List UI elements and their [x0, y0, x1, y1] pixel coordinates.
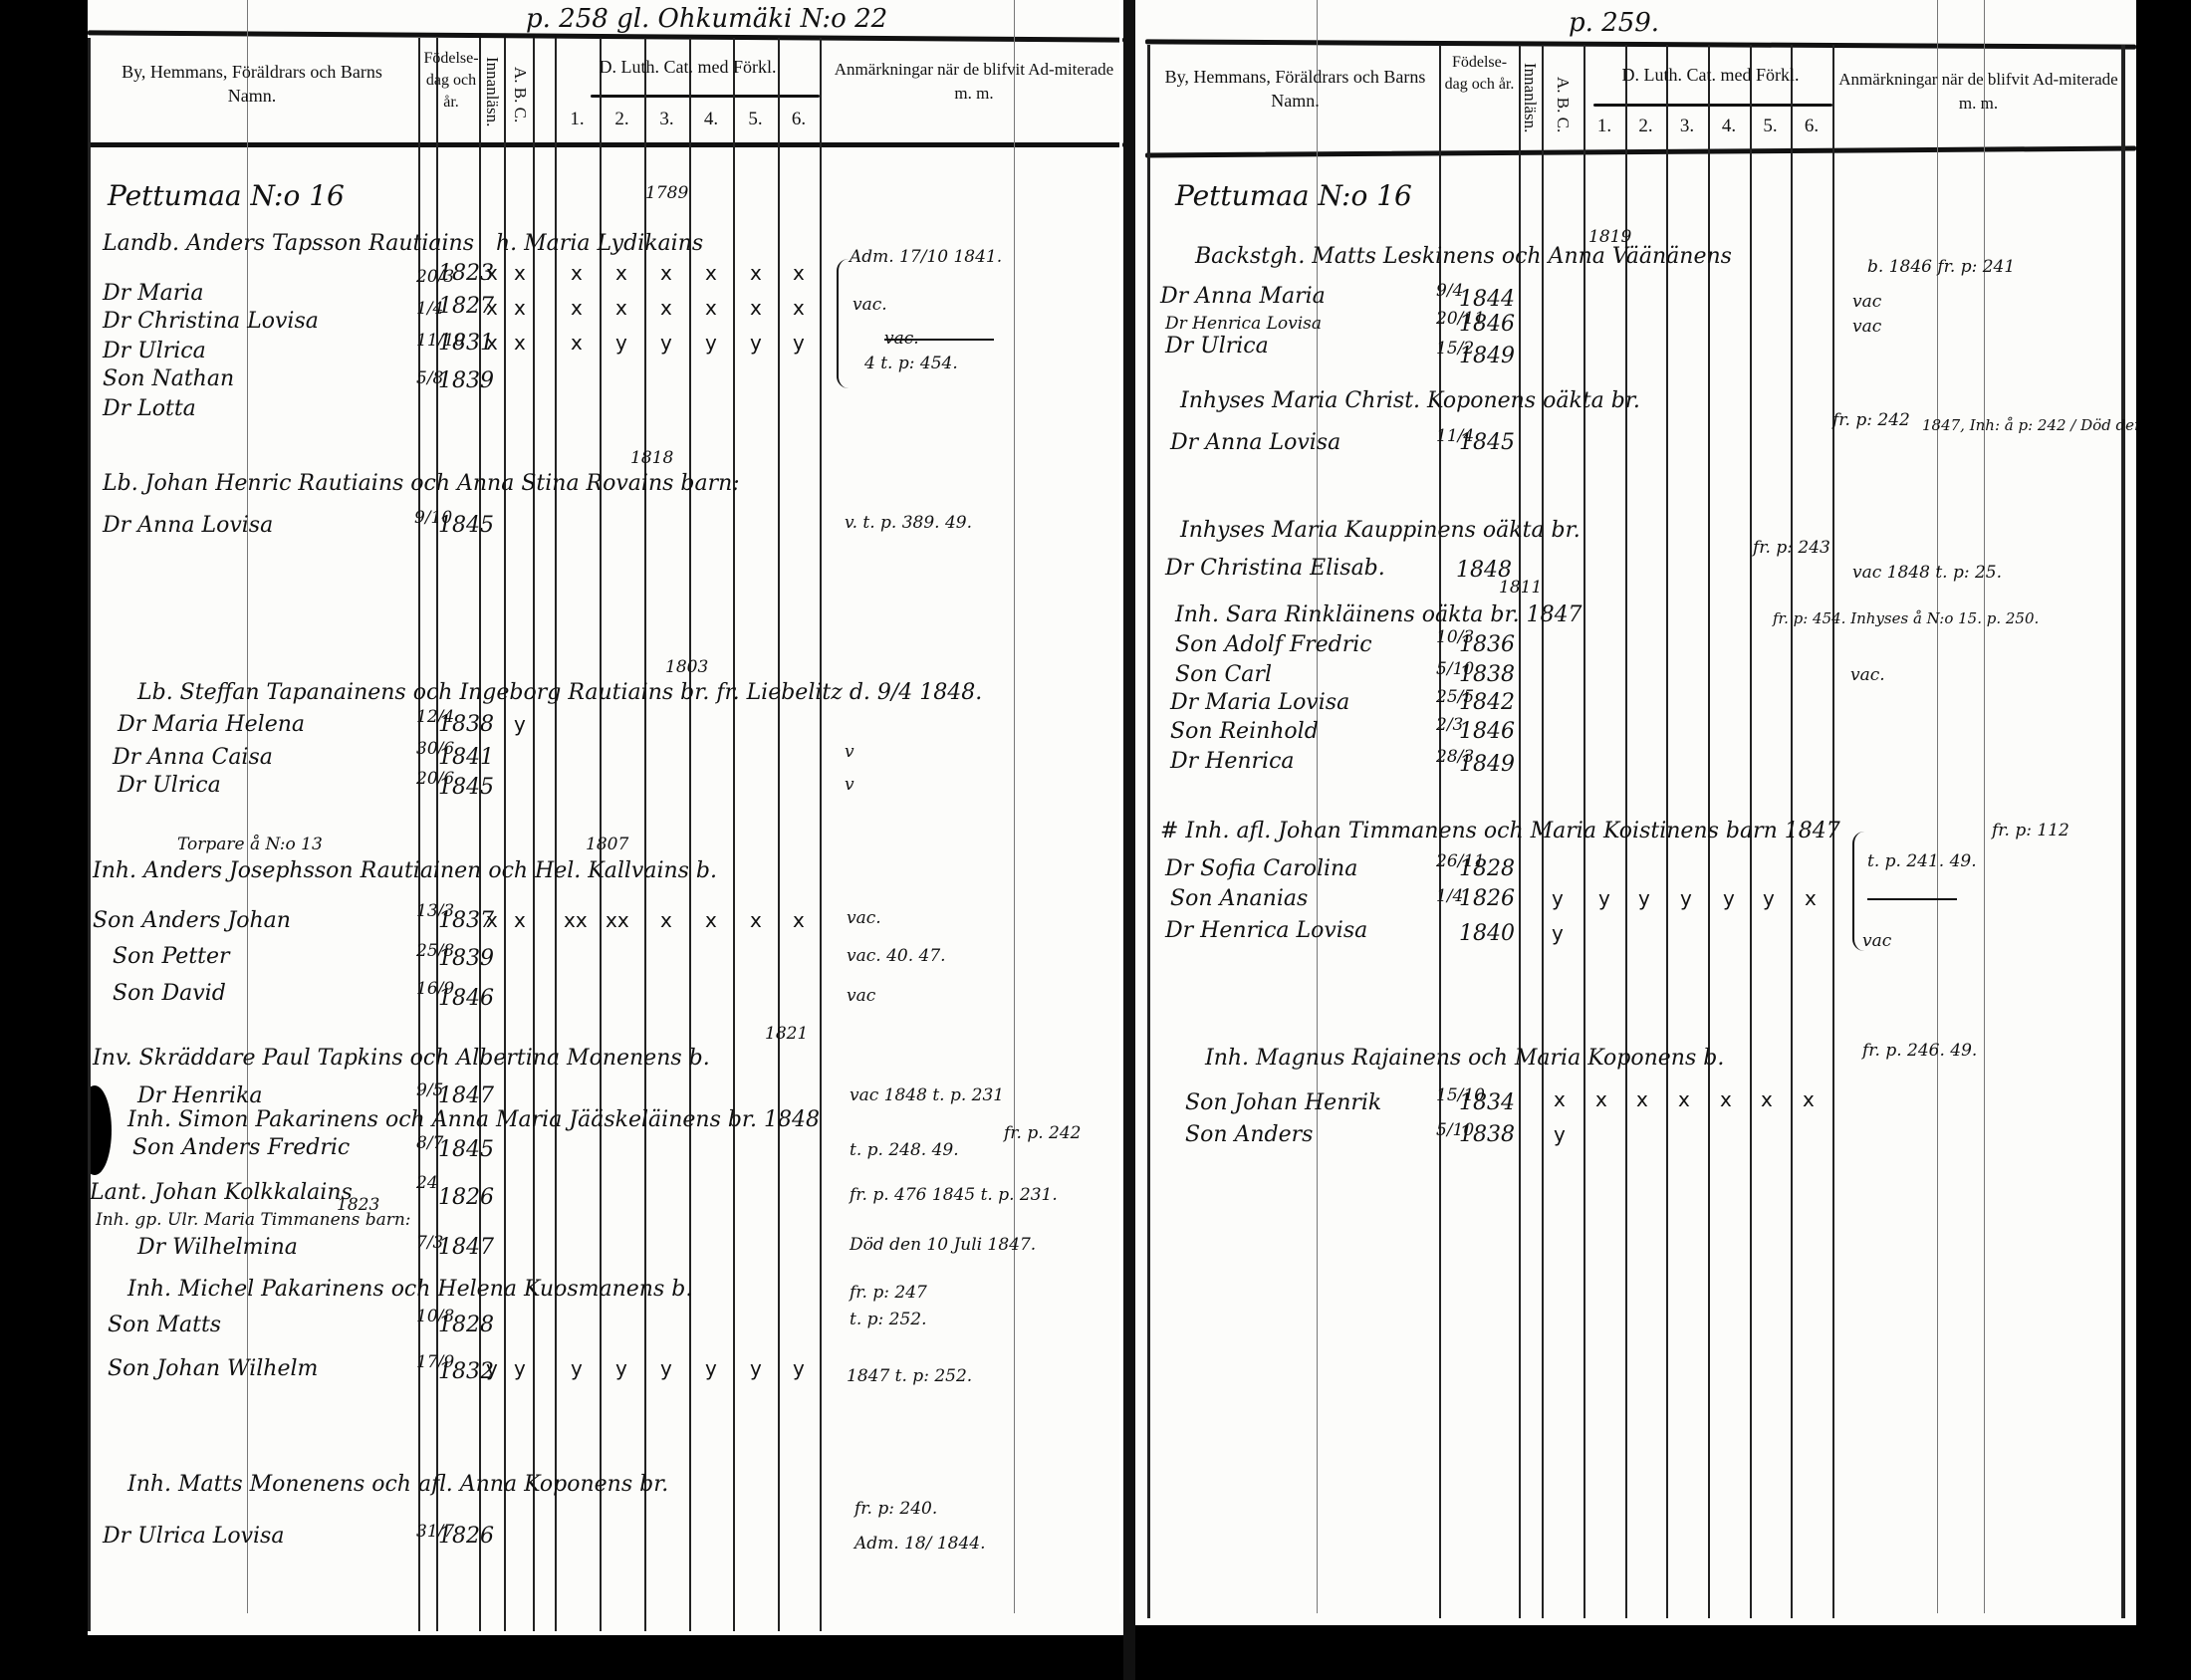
- farm-heading: Pettumaa N:o 16: [108, 179, 345, 212]
- member-name: Dr Henrica: [1170, 749, 1295, 774]
- birth-year: 1846: [1459, 719, 1515, 744]
- mark: x: [705, 908, 717, 932]
- birth-year: 1828: [1459, 856, 1515, 881]
- birth-year: 1849: [1459, 344, 1515, 368]
- remark: t. p. 241. 49.: [1867, 851, 1977, 871]
- mark: x: [750, 908, 762, 932]
- header-catechism: D. Luth. Cat. med Förkl.: [1588, 63, 1832, 87]
- book-gutter: [1123, 0, 1135, 1680]
- mark: x: [514, 908, 526, 932]
- remark: v. t. p. 389. 49.: [845, 513, 972, 533]
- remark: Död den 10 Juli 1847.: [850, 1235, 1036, 1255]
- faint-ruling: [1317, 0, 1318, 1613]
- birth-year: 1803: [665, 657, 708, 677]
- mark: x: [486, 908, 498, 932]
- member-name: Dr Maria Lovisa: [1170, 690, 1349, 715]
- member-name: Son Carl: [1175, 662, 1272, 687]
- birth-year: 1834: [1459, 1090, 1515, 1115]
- remark: Adm. 17/10 1841.: [850, 247, 1002, 267]
- member-name: Dr Lotta: [103, 396, 196, 421]
- member-name: Dr Ulrica Lovisa: [103, 1524, 284, 1549]
- household-head: Inh. Anders Josephsson Rautiainen och He…: [93, 858, 717, 883]
- remark: 4 t. p: 454.: [864, 354, 958, 373]
- catechism-subheader-rule: [1593, 104, 1832, 107]
- member-name: Dr Christina Elisab.: [1165, 556, 1385, 581]
- household-head: Backstgh. Matts Leskinens och Anna Väänä…: [1195, 244, 1732, 269]
- mark: x: [1678, 1087, 1690, 1111]
- household-head: Inh. Sara Rinkläinens oäkta br. 1847: [1175, 602, 1582, 627]
- column-line: [644, 38, 646, 1631]
- birth-year: 1807: [586, 835, 628, 854]
- member-name: Dr Wilhelmina: [137, 1235, 298, 1260]
- member-name: Son Anders: [1185, 1122, 1313, 1147]
- birth-year: 1818: [630, 448, 673, 468]
- birth-year: 1839: [438, 946, 494, 971]
- remark: vac: [1852, 292, 1881, 312]
- household-head: # Inh. afl. Johan Timmanens och Maria Ko…: [1160, 819, 1840, 843]
- mark: x: [705, 296, 717, 320]
- remark: t. p. 248. 49.: [850, 1140, 959, 1160]
- header-birth: Födelse-dag och år.: [422, 48, 480, 114]
- member-name: Son Adolf Fredric: [1175, 632, 1372, 657]
- mark: y: [1723, 886, 1735, 910]
- birth-year: 1839: [438, 368, 494, 393]
- remark: vac.: [847, 908, 881, 928]
- birth-year: 1849: [1459, 752, 1515, 777]
- mark: y: [705, 331, 717, 355]
- faint-ruling: [1014, 0, 1015, 1613]
- remark: t. p: 252.: [850, 1310, 927, 1329]
- mark: y: [660, 1356, 672, 1380]
- strikethrough: [884, 339, 994, 341]
- mark: x: [1636, 1087, 1648, 1111]
- catechism-col-5: 5.: [1750, 115, 1791, 138]
- remark: vac: [1862, 931, 1891, 951]
- mark: x: [1805, 886, 1817, 910]
- header-top-rule: [1145, 39, 2136, 49]
- mark: y: [1763, 886, 1775, 910]
- remark: fr. p. 476 1845 t. p. 231.: [850, 1185, 1058, 1205]
- header-reading: Innanläsn.: [482, 45, 502, 139]
- remark: vac: [1852, 317, 1881, 337]
- column-line: [88, 38, 91, 1631]
- birth-year: 1819: [1588, 227, 1631, 247]
- birth-year: 1836: [1459, 632, 1515, 657]
- page-reference: p. 258 gl. Ohkumäki N:o 22: [526, 4, 887, 34]
- header-remarks: Anmärkningar när de blifvit Ad-miterade …: [1836, 68, 2120, 116]
- remark: fr. p. 246. 49.: [1862, 1041, 1977, 1061]
- column-line: [733, 38, 735, 1631]
- member-name: Son David: [113, 981, 226, 1006]
- column-line: [778, 38, 780, 1631]
- column-line: [2121, 45, 2125, 1618]
- spouse-birth-year: 1789: [645, 183, 688, 203]
- mark: x: [571, 331, 583, 355]
- faint-ruling: [1937, 0, 1938, 1613]
- remark: fr. p: 247: [850, 1283, 927, 1303]
- catechism-col-6: 6.: [778, 108, 820, 131]
- binding-hole: [88, 1085, 112, 1175]
- mark: x: [514, 331, 526, 355]
- birth-year: 1846: [1459, 312, 1515, 337]
- mark: x: [1554, 1087, 1566, 1111]
- mark: x: [486, 331, 498, 355]
- member-name: Dr Sofia Carolina: [1165, 856, 1357, 881]
- remark: 1847, Inh: å p: 242 / Död den 24 Maji 18…: [1922, 416, 2136, 434]
- mark: x: [1720, 1087, 1732, 1111]
- catechism-col-1: 1.: [1583, 115, 1625, 138]
- farm-heading: Pettumaa N:o 16: [1175, 179, 1412, 212]
- mark: x: [486, 261, 498, 285]
- mark: y: [1552, 886, 1564, 910]
- birth-year: 1826: [1459, 886, 1515, 911]
- birth-year: 1838: [1459, 662, 1515, 687]
- birth-year: 1838: [438, 712, 494, 737]
- birth-year: 1826: [438, 1524, 494, 1549]
- remark: fr. p. 242: [1004, 1123, 1082, 1143]
- mark: y: [705, 1356, 717, 1380]
- household-head: Inh. Matts Monenens och afl. Anna Kopone…: [127, 1472, 668, 1497]
- birth-year: 1826: [438, 1185, 494, 1210]
- catechism-col-1: 1.: [555, 108, 600, 131]
- mark: y: [615, 331, 627, 355]
- member-name: Son Matts: [108, 1313, 221, 1337]
- mark: x: [615, 261, 627, 285]
- strikethrough: [1867, 898, 1957, 900]
- remark: fr. p: 242: [1832, 410, 1910, 430]
- member-name: Dr Ulrica: [1165, 334, 1269, 359]
- catechism-col-4: 4.: [1708, 115, 1750, 138]
- birth-year: 1845: [438, 513, 494, 538]
- mark: x: [660, 261, 672, 285]
- column-line: [1147, 45, 1150, 1618]
- remark: 1847 t. p: 252.: [847, 1366, 972, 1386]
- birth-year: 1841: [438, 745, 494, 770]
- remark: vac.: [852, 295, 887, 315]
- header-names: By, Hemmans, Föräldrars och Barns Namn.: [1153, 65, 1437, 113]
- member-name: Dr Christina Lovisa: [103, 309, 319, 334]
- mark: y: [514, 1356, 526, 1380]
- member-name: Dr Anna Maria: [1160, 284, 1326, 309]
- mark: y: [750, 331, 762, 355]
- header-abc: A. B. C.: [1551, 60, 1573, 149]
- header-abc: A. B. C.: [508, 50, 530, 139]
- mark: y: [486, 1356, 498, 1380]
- mark: x: [615, 296, 627, 320]
- member-name: Dr Henrika: [137, 1083, 263, 1108]
- household-head: Lant. Johan Kolkkalains: [90, 1180, 353, 1205]
- mark: x: [514, 261, 526, 285]
- catechism-col-4: 4.: [689, 108, 733, 131]
- mark: y: [615, 1356, 627, 1380]
- column-line: [689, 38, 691, 1631]
- catechism-col-6: 6.: [1791, 115, 1832, 138]
- mark: x: [660, 908, 672, 932]
- header-birth: Födelse-dag och år.: [1442, 52, 1517, 96]
- column-line: [533, 38, 535, 1631]
- mark: x: [571, 261, 583, 285]
- mark: y: [1638, 886, 1650, 910]
- column-line: [504, 38, 506, 1631]
- remark: fr. p: 112: [1992, 821, 2069, 840]
- remark: vac.: [1850, 665, 1885, 685]
- member-name: Son Ananias: [1170, 886, 1308, 911]
- mark: xx: [606, 908, 629, 932]
- mark: x: [793, 261, 805, 285]
- member-name: Son Nathan: [103, 366, 234, 391]
- catechism-col-5: 5.: [733, 108, 778, 131]
- faint-ruling: [1984, 0, 1985, 1613]
- birth-year: 1845: [438, 775, 494, 800]
- member-name: Dr Anna Lovisa: [1170, 430, 1340, 455]
- household-head: Inv. Skräddare Paul Tapkins och Albertin…: [93, 1046, 710, 1071]
- mark: x: [514, 296, 526, 320]
- catechism-subheader-rule: [591, 95, 820, 98]
- member-name: Dr Ulrica: [118, 773, 221, 798]
- mark: y: [793, 1356, 805, 1380]
- spouse: h. Maria Lydikains: [496, 231, 703, 256]
- mark: x: [1803, 1087, 1815, 1111]
- header-names: By, Hemmans, Föräldrars och Barns Namn.: [98, 60, 406, 108]
- household-head: Lb. Johan Henric Rautiains och Anna Stin…: [103, 471, 740, 496]
- birth-year: 1847: [438, 1235, 494, 1260]
- mark: y: [1554, 1122, 1566, 1146]
- member-name: Son Petter: [113, 944, 230, 969]
- mark: x: [571, 296, 583, 320]
- mark: y: [1598, 886, 1610, 910]
- header-bottom-rule: [1145, 146, 2136, 158]
- member-name: Dr Henrica Lovisa: [1165, 918, 1367, 943]
- birth-year: 1828: [438, 1313, 494, 1337]
- birth-year: 1845: [1459, 430, 1515, 455]
- remark: Adm. 18/ 1844.: [854, 1534, 986, 1554]
- remark: fr. p: 243: [1753, 538, 1830, 558]
- member-name: Dr Maria: [103, 281, 203, 306]
- remark: b. 1846 fr. p: 241: [1867, 257, 2015, 277]
- birth-year: 1845: [438, 1137, 494, 1162]
- member-name: Son Reinhold: [1170, 719, 1319, 744]
- header-catechism: D. Luth. Cat. med Förkl.: [556, 55, 820, 79]
- birth-year: 1842: [1459, 690, 1515, 715]
- bracket: [837, 259, 851, 388]
- mark: x: [793, 296, 805, 320]
- column-line: [820, 38, 822, 1631]
- gutter-edge: [1119, 0, 1122, 1613]
- remark: vac: [847, 986, 875, 1006]
- mark: y: [750, 1356, 762, 1380]
- left-page: p. 258 gl. Ohkumäki N:o 22 By, Hemmans, …: [88, 0, 1123, 1635]
- right-page: p. 259. By, Hemmans, Föräldrars och Barn…: [1135, 0, 2136, 1625]
- header-reading: Innanläsn.: [1522, 48, 1540, 147]
- member-name: Dr Maria Helena: [118, 712, 305, 737]
- mark: x: [705, 261, 717, 285]
- household-head: Landb. Anders Tapsson Rautiains: [103, 231, 474, 256]
- remark: vac. 40. 47.: [847, 946, 946, 966]
- member-name: Son Anders Fredric: [132, 1135, 350, 1160]
- birth-year: 1811: [1499, 578, 1542, 598]
- birth-year: 1823: [337, 1195, 379, 1215]
- member-name: Son Johan Henrik: [1185, 1090, 1381, 1115]
- mark: x: [486, 296, 498, 320]
- birth-year: 1821: [765, 1024, 808, 1044]
- header-bottom-rule: [88, 142, 1123, 147]
- catechism-col-3: 3.: [1666, 115, 1708, 138]
- birth-year: 1847: [438, 1083, 494, 1108]
- column-line: [555, 38, 557, 1631]
- catechism-col-2: 2.: [600, 108, 644, 131]
- remark: fr. p: 454. Inhyses å N:o 15. p. 250.: [1773, 609, 2039, 627]
- mark: x: [660, 296, 672, 320]
- catechism-col-2: 2.: [1625, 115, 1666, 138]
- mark: xx: [564, 908, 588, 932]
- remark: fr. p: 240.: [854, 1499, 937, 1519]
- remark: vac 1848 t. p: 25.: [1852, 563, 2002, 583]
- mark: y: [793, 331, 805, 355]
- remark: v: [845, 742, 854, 762]
- household-head: Inh. Magnus Rajainens och Maria Koponens…: [1205, 1046, 1724, 1071]
- catechism-col-3: 3.: [644, 108, 689, 131]
- mark: x: [750, 261, 762, 285]
- household-head: Inhyses Maria Kauppinens oäkta br.: [1180, 518, 1581, 543]
- member-name: Son Johan Wilhelm: [108, 1356, 318, 1381]
- household-head: Lb. Steffan Tapanainens och Ingeborg Rau…: [137, 680, 982, 705]
- remark: vac 1848 t. p. 231: [850, 1085, 1004, 1105]
- mark: y: [1552, 921, 1564, 945]
- birth-year: 1840: [1459, 921, 1515, 946]
- mark: y: [660, 331, 672, 355]
- member-name: Dr Ulrica: [103, 339, 206, 363]
- birth-year: 1846: [438, 986, 494, 1011]
- household-head: Inh. Michel Pakarinens och Helena Kuosma…: [127, 1277, 692, 1302]
- member-name: Dr Anna Lovisa: [103, 513, 273, 538]
- mark: x: [1595, 1087, 1607, 1111]
- household-head: Inhyses Maria Christ. Koponens oäkta br.: [1180, 388, 1640, 413]
- mark: x: [750, 296, 762, 320]
- mark: y: [1680, 886, 1692, 910]
- page-reference: p. 259.: [1569, 8, 1659, 38]
- bracket: [1852, 832, 1864, 951]
- member-name: Dr Anna Caisa: [113, 745, 273, 770]
- birth-date: 24: [416, 1173, 438, 1193]
- household-head: Inh. Simon Pakarinens och Anna Maria Jää…: [127, 1107, 820, 1132]
- member-name: Son Anders Johan: [93, 908, 291, 933]
- note: Torpare å N:o 13: [177, 835, 323, 854]
- mark: y: [514, 712, 526, 736]
- mark: x: [1761, 1087, 1773, 1111]
- member-name: Dr Henrica Lovisa: [1165, 314, 1322, 334]
- birth-year: 1838: [1459, 1122, 1515, 1147]
- remark: v: [845, 775, 854, 795]
- mark: x: [793, 908, 805, 932]
- header-remarks: Anmärkningar när de blifvit Ad-miterade …: [825, 58, 1123, 106]
- mark: y: [571, 1356, 583, 1380]
